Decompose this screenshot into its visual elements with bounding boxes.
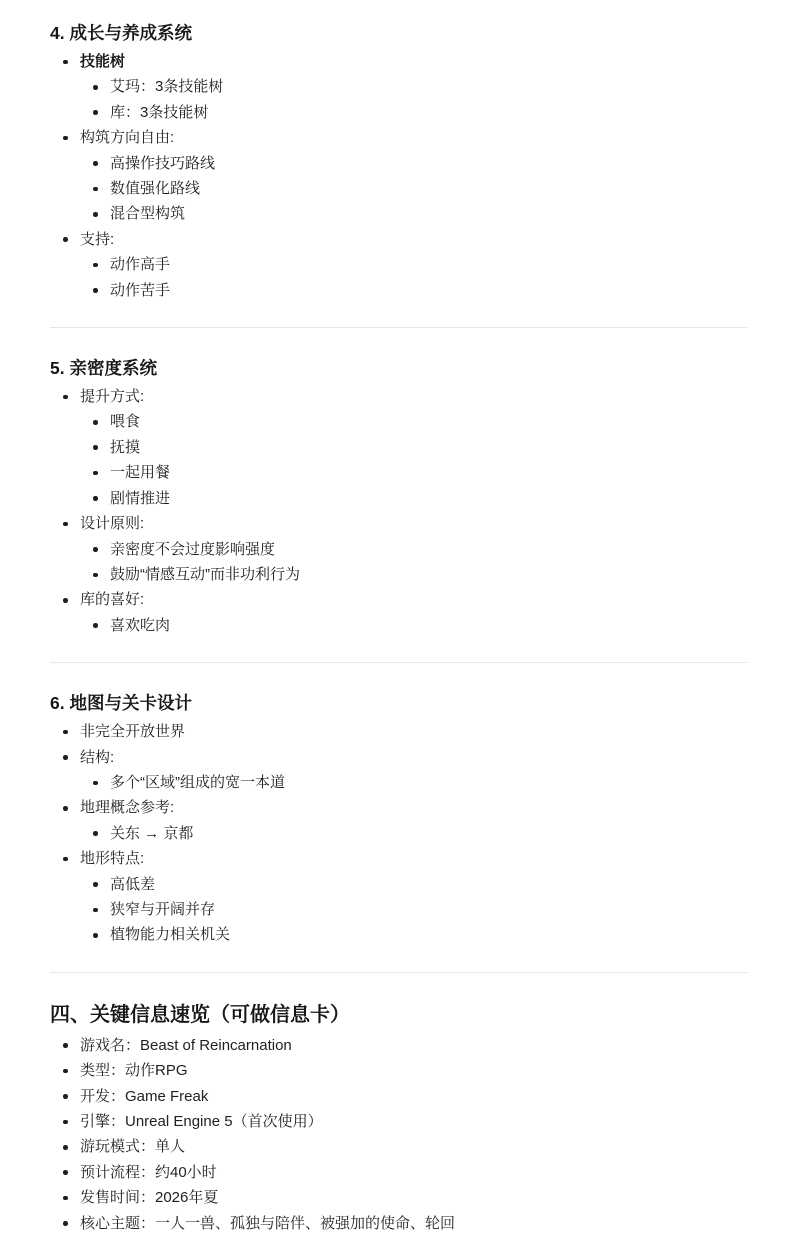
list-item-text: 地理概念参考:	[80, 799, 174, 816]
list-item: 游玩模式：单人	[50, 1134, 748, 1159]
bullet-icon	[63, 1069, 68, 1074]
list-item: 狭窄与开阔并存	[80, 897, 748, 922]
list-item-text: 类型：动作RPG	[80, 1062, 188, 1079]
list-item: 亲密度不会过度影响强度	[80, 537, 748, 562]
nested-bullet-list: 关东 → 京都	[80, 821, 748, 846]
list-item: 混合型构筑	[80, 201, 748, 226]
list-item-text: 游玩模式：单人	[80, 1138, 185, 1155]
list-item-text: 地形特点:	[80, 850, 144, 867]
list-item-text: 狭窄与开阔并存	[110, 901, 215, 918]
list-item: 构筑方向自由: 高操作技巧路线 数值强化路线 混合型构筑	[50, 125, 748, 227]
list-item: 引擎：Unreal Engine 5（首次使用）	[50, 1109, 748, 1134]
bullet-icon	[93, 573, 98, 578]
bullet-icon	[93, 933, 98, 938]
bullet-icon	[93, 187, 98, 192]
document-page: 4. 成长与养成系统 技能树 艾玛：3条技能树 库：3条技能树 构筑方向自由: …	[0, 0, 800, 1250]
list-item-text: 高低差	[110, 876, 155, 893]
bullet-icon	[93, 85, 98, 90]
list-item-text: 库的喜好:	[80, 591, 144, 608]
list-item: 核心主题：一人一兽、孤独与陪伴、被强加的使命、轮回	[50, 1211, 748, 1236]
section-divider	[50, 662, 748, 663]
list-item-text: 一起用餐	[110, 464, 170, 481]
list-item: 高低差	[80, 872, 748, 897]
bullet-list: 技能树 艾玛：3条技能树 库：3条技能树 构筑方向自由: 高操作技巧路线 数值强…	[50, 49, 748, 303]
list-item: 提升方式: 喂食 抚摸 一起用餐 剧情推进	[50, 384, 748, 511]
list-item: 关东 → 京都	[80, 821, 748, 846]
bullet-icon	[93, 212, 98, 217]
bullet-icon	[93, 623, 98, 628]
nested-bullet-list: 多个“区域”组成的宽一本道	[80, 770, 748, 795]
nested-bullet-list: 喂食 抚摸 一起用餐 剧情推进	[80, 409, 748, 511]
section-heading: 4. 成长与养成系统	[50, 21, 748, 45]
bullet-icon	[63, 1196, 68, 1201]
list-item: 喜欢吃肉	[80, 613, 748, 638]
list-item-text: 艾玛：3条技能树	[110, 78, 223, 95]
bullet-icon	[63, 1043, 68, 1048]
list-item-text: 游戏名：Beast of Reincarnation	[80, 1037, 292, 1054]
section-heading: 5. 亲密度系统	[50, 356, 748, 380]
list-item: 动作高手	[80, 252, 748, 277]
list-item-text: 喂食	[110, 413, 140, 430]
bullet-icon	[63, 1120, 68, 1125]
nested-bullet-list: 艾玛：3条技能树 库：3条技能树	[80, 74, 748, 125]
section-divider	[50, 327, 748, 328]
bullet-icon	[63, 395, 68, 400]
bullet-icon	[63, 237, 68, 242]
list-item-text: 混合型构筑	[110, 205, 185, 222]
section-heading: 6. 地图与关卡设计	[50, 691, 748, 715]
list-item: 设计原则: 亲密度不会过度影响强度 鼓励“情感互动”而非功利行为	[50, 511, 748, 587]
list-item: 鼓励“情感互动”而非功利行为	[80, 562, 748, 587]
list-item-text: 库：3条技能树	[110, 104, 208, 121]
list-item-text: 抚摸	[110, 439, 140, 456]
section-key-info: 四、关键信息速览（可做信息卡） 游戏名：Beast of Reincarnati…	[50, 1001, 748, 1236]
section-intimacy-system: 5. 亲密度系统 提升方式: 喂食 抚摸 一起用餐 剧情推进 设计原则: 亲密度…	[50, 356, 748, 638]
list-item: 多个“区域”组成的宽一本道	[80, 770, 748, 795]
list-item-text: 多个“区域”组成的宽一本道	[110, 774, 285, 791]
list-item: 库：3条技能树	[80, 100, 748, 125]
list-item-text: 技能树	[80, 53, 125, 70]
list-item: 剧情推进	[80, 486, 748, 511]
bullet-icon	[93, 882, 98, 887]
bullet-icon	[93, 263, 98, 268]
list-item-text: 结构:	[80, 749, 114, 766]
bullet-icon	[63, 60, 68, 65]
list-item-text: 高操作技巧路线	[110, 155, 215, 172]
list-item-text: 预计流程：约40小时	[80, 1164, 217, 1181]
bullet-list: 提升方式: 喂食 抚摸 一起用餐 剧情推进 设计原则: 亲密度不会过度影响强度 …	[50, 384, 748, 638]
bullet-icon	[93, 420, 98, 425]
list-item: 抚摸	[80, 435, 748, 460]
bullet-icon	[63, 1170, 68, 1175]
bullet-icon	[63, 857, 68, 862]
bullet-icon	[93, 496, 98, 501]
list-item-text: 非完全开放世界	[80, 723, 185, 740]
list-item: 结构: 多个“区域”组成的宽一本道	[50, 745, 748, 796]
bullet-icon	[63, 755, 68, 760]
list-item-text: 提升方式:	[80, 388, 144, 405]
list-item: 艾玛：3条技能树	[80, 74, 748, 99]
list-item: 发售时间：2026年夏	[50, 1185, 748, 1210]
list-item-text: 动作高手	[110, 256, 170, 273]
bullet-icon	[93, 471, 98, 476]
nested-bullet-list: 亲密度不会过度影响强度 鼓励“情感互动”而非功利行为	[80, 537, 748, 588]
list-item: 预计流程：约40小时	[50, 1160, 748, 1185]
list-item: 高操作技巧路线	[80, 151, 748, 176]
bullet-icon	[63, 1145, 68, 1150]
bullet-icon	[63, 730, 68, 735]
bullet-icon	[93, 288, 98, 293]
list-item-text: 鼓励“情感互动”而非功利行为	[110, 566, 300, 583]
section-growth-system: 4. 成长与养成系统 技能树 艾玛：3条技能树 库：3条技能树 构筑方向自由: …	[50, 21, 748, 303]
bullet-icon	[63, 1094, 68, 1099]
list-item-text: 关东 → 京都	[110, 825, 193, 842]
list-item: 动作苦手	[80, 278, 748, 303]
list-item-text: 构筑方向自由:	[80, 129, 174, 146]
bullet-icon	[93, 547, 98, 552]
list-item: 非完全开放世界	[50, 719, 748, 744]
list-item-text: 剧情推进	[110, 490, 170, 507]
section-divider	[50, 972, 748, 973]
list-item: 植物能力相关机关	[80, 922, 748, 947]
nested-bullet-list: 高低差 狭窄与开阔并存 植物能力相关机关	[80, 872, 748, 948]
list-item-text: 开发：Game Freak	[80, 1088, 208, 1105]
list-item: 地理概念参考: 关东 → 京都	[50, 795, 748, 846]
list-item: 数值强化路线	[80, 176, 748, 201]
list-item: 类型：动作RPG	[50, 1058, 748, 1083]
list-item-text: 植物能力相关机关	[110, 926, 230, 943]
list-item: 喂食	[80, 409, 748, 434]
nested-bullet-list: 动作高手 动作苦手	[80, 252, 748, 303]
bullet-list: 非完全开放世界 结构: 多个“区域”组成的宽一本道 地理概念参考: 关东 → 京…	[50, 719, 748, 948]
list-item-text: 喜欢吃肉	[110, 617, 170, 634]
list-item: 一起用餐	[80, 460, 748, 485]
bullet-list: 游戏名：Beast of Reincarnation 类型：动作RPG 开发：G…	[50, 1033, 748, 1236]
list-item-text: 发售时间：2026年夏	[80, 1189, 218, 1206]
nested-bullet-list: 高操作技巧路线 数值强化路线 混合型构筑	[80, 151, 748, 227]
nested-bullet-list: 喜欢吃肉	[80, 613, 748, 638]
list-item-text: 设计原则:	[80, 515, 144, 532]
bullet-icon	[93, 110, 98, 115]
bullet-icon	[63, 522, 68, 527]
bullet-icon	[93, 161, 98, 166]
bullet-icon	[63, 1221, 68, 1226]
list-item: 技能树 艾玛：3条技能树 库：3条技能树	[50, 49, 748, 125]
list-item-text: 动作苦手	[110, 282, 170, 299]
list-item: 游戏名：Beast of Reincarnation	[50, 1033, 748, 1058]
bullet-icon	[93, 831, 98, 836]
list-item: 地形特点: 高低差 狭窄与开阔并存 植物能力相关机关	[50, 846, 748, 948]
bullet-icon	[93, 781, 98, 786]
bullet-icon	[63, 806, 68, 811]
bullet-icon	[93, 908, 98, 913]
section-heading: 四、关键信息速览（可做信息卡）	[50, 1001, 748, 1029]
list-item-text: 数值强化路线	[110, 180, 200, 197]
bullet-icon	[63, 598, 68, 603]
bullet-icon	[93, 445, 98, 450]
list-item: 开发：Game Freak	[50, 1084, 748, 1109]
list-item: 支持: 动作高手 动作苦手	[50, 227, 748, 303]
list-item-text: 引擎：Unreal Engine 5（首次使用）	[80, 1113, 323, 1130]
list-item-text: 核心主题：一人一兽、孤独与陪伴、被强加的使命、轮回	[80, 1215, 455, 1232]
list-item: 库的喜好: 喜欢吃肉	[50, 587, 748, 638]
bullet-icon	[63, 136, 68, 141]
section-map-level-design: 6. 地图与关卡设计 非完全开放世界 结构: 多个“区域”组成的宽一本道 地理概…	[50, 691, 748, 948]
list-item-text: 支持:	[80, 231, 114, 248]
list-item-text: 亲密度不会过度影响强度	[110, 541, 275, 558]
